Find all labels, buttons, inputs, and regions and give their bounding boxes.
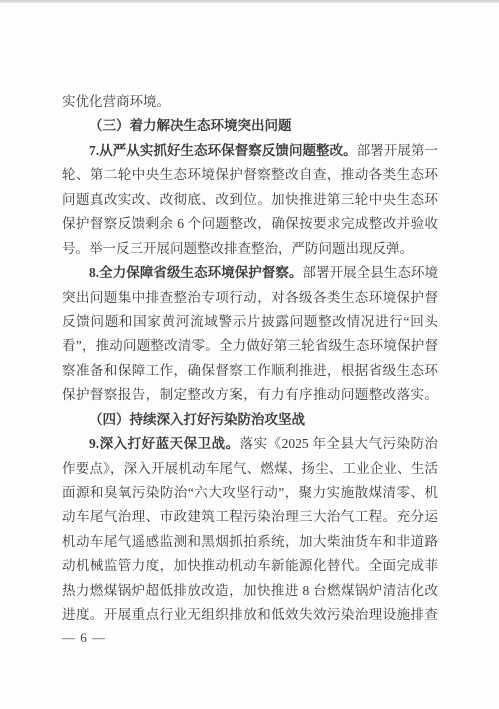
body-line: 动机械监管力度，加快推动机动车新能源化替代。全面完成菲达 <box>62 554 438 578</box>
body-line: 看”，推动问题整改清零。全力做好第三轮省级生态环境保护督 <box>62 334 438 358</box>
section-heading: （三）着力解决生态环境突出问题 <box>62 114 438 138</box>
body-text: 机动车尾气遥感监测和黑烟抓拍系统，加大柴油货车和非道路移 <box>62 534 438 554</box>
body-text: 实优化营商环境。 <box>62 94 170 109</box>
body-line: 突出问题集中排查整治专项行动，对各级各类生态环境保护督察 <box>62 286 438 310</box>
document-page: 实优化营商环境。 （三）着力解决生态环境突出问题 7.从严从实抓好生态环保督察反… <box>0 0 499 709</box>
body-text: 反馈问题和国家黄河流域警示片披露问题整改情况进行“回头 <box>62 314 438 329</box>
body-text: 部署开展第一 <box>357 143 438 158</box>
body-text: 进度。开展重点行业无组织排放和低效失效污染治理设施排查整 <box>62 607 438 627</box>
body-line: 8.全力保障省级生态环境保护督察。部署开展全县生态环境 <box>62 261 438 285</box>
page-top-edge <box>0 0 499 3</box>
body-text: 动机械监管力度，加快推动机动车新能源化替代。全面完成菲达 <box>62 558 438 578</box>
body-text: 看”，推动问题整改清零。全力做好第三轮省级生态环境保护督 <box>62 338 438 353</box>
body-line: 进度。开展重点行业无组织排放和低效失效污染治理设施排查整 <box>62 603 438 627</box>
body-line: 保护督察报告，制定整改方案，有力有序推动问题整改落实。 <box>62 383 438 407</box>
body-line: 实优化营商环境。 <box>62 90 438 114</box>
section-heading: （四）持续深入打好污染防治攻坚战 <box>62 408 438 432</box>
body-text: 作要点》，深入开展机动车尾气、燃煤、扬尘、工业企业、生活 <box>62 461 438 476</box>
body-line: 热力燃煤锅炉超低排放改造，加快推进 8 台燃煤锅炉清洁化改造 <box>62 579 438 603</box>
body-line: 反馈问题和国家黄河流域警示片披露问题整改情况进行“回头 <box>62 310 438 334</box>
body-text: 热力燃煤锅炉超低排放改造，加快推进 8 台燃煤锅炉清洁化改造 <box>62 583 438 603</box>
body-line: 问题真改实改、改彻底、改到位。加快推进第三轮中央生态环境 <box>62 188 438 212</box>
body-line: 动车尾气治理、市政建筑工程污染治理三大治气工程。充分运用 <box>62 505 438 529</box>
body-line: 察准备和保障工作，确保督察工作顺利推进，根据省级生态环境 <box>62 359 438 383</box>
body-line: 轮、第二轮中央生态环境保护督察整改自查，推动各类生态环境 <box>62 163 438 187</box>
body-line: 号。举一反三开展问题整改排查整治，严防问题出现反弹。 <box>62 237 438 261</box>
body-line: 9.深入打好蓝天保卫战。落实《2025 年全县大气污染防治工 <box>62 432 438 456</box>
body-text: 面源和臭氧污染防治“六大攻坚行动”，聚力实施散煤清零、机 <box>62 485 438 500</box>
paragraph-lead: 8.全力保障省级生态环境保护督察。 <box>89 265 303 280</box>
paragraph-lead: 9.深入打好蓝天保卫战。 <box>89 436 240 451</box>
body-line: 作要点》，深入开展机动车尾气、燃煤、扬尘、工业企业、生活 <box>62 457 438 481</box>
body-text: 号。举一反三开展问题整改排查整治，严防问题出现反弹。 <box>62 241 413 256</box>
body-text: 动车尾气治理、市政建筑工程污染治理三大治气工程。充分运用 <box>62 509 438 529</box>
body-text: 保护督察反馈剩余 6 个问题整改，确保按要求完成整改并验收销 <box>62 216 438 236</box>
page-number: — 6 — <box>62 629 106 647</box>
document-body: 实优化营商环境。 （三）着力解决生态环境突出问题 7.从严从实抓好生态环保督察反… <box>62 90 438 628</box>
body-text: 问题真改实改、改彻底、改到位。加快推进第三轮中央生态环境 <box>62 192 438 212</box>
body-text: 轮、第二轮中央生态环境保护督察整改自查，推动各类生态环境 <box>62 167 438 187</box>
body-line: 机动车尾气遥感监测和黑烟抓拍系统，加大柴油货车和非道路移 <box>62 530 438 554</box>
body-text: 突出问题集中排查整治专项行动，对各级各类生态环境保护督察 <box>62 290 438 310</box>
paragraph-lead: 7.从严从实抓好生态环保督察反馈问题整改。 <box>89 143 357 158</box>
body-text: 部署开展全县生态环境 <box>303 265 438 280</box>
heading-text: （四）持续深入打好污染防治攻坚战 <box>89 412 305 427</box>
heading-text: （三）着力解决生态环境突出问题 <box>89 118 292 133</box>
body-text: 察准备和保障工作，确保督察工作顺利推进，根据省级生态环境 <box>62 363 438 383</box>
body-line: 保护督察反馈剩余 6 个问题整改，确保按要求完成整改并验收销 <box>62 212 438 236</box>
body-text: 保护督察报告，制定整改方案，有力有序推动问题整改落实。 <box>62 387 438 402</box>
body-line: 7.从严从实抓好生态环保督察反馈问题整改。部署开展第一 <box>62 139 438 163</box>
body-line: 面源和臭氧污染防治“六大攻坚行动”，聚力实施散煤清零、机 <box>62 481 438 505</box>
